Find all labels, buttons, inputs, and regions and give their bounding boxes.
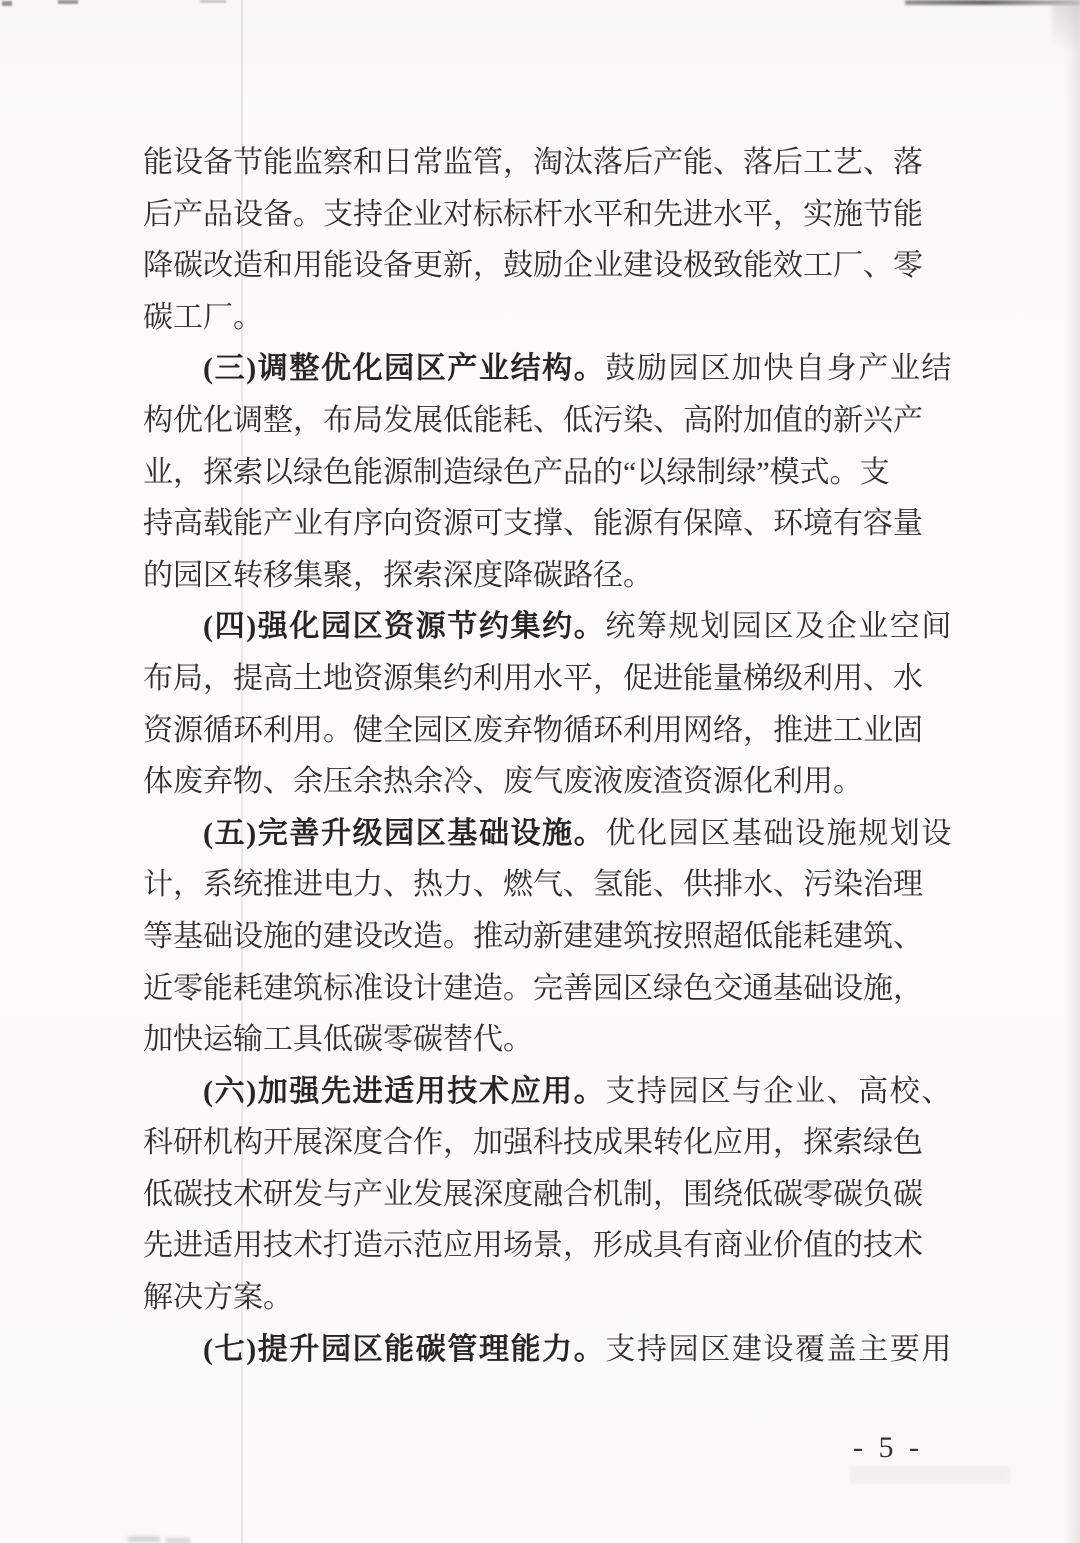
line-text: 支持园区建设覆盖主要用	[605, 1333, 953, 1366]
line-text: 计，系统推进电力、热力、燃气、氢能、供排水、污染治理	[143, 868, 923, 901]
paragraph-start-line: (五)完善升级园区基础设施。优化园区基础设施规划设	[143, 808, 925, 860]
paragraph-heading: (四)强化园区资源节约集约。	[203, 610, 605, 643]
line-text: 降碳改造和用能设备更新，鼓励企业建设极致能效工厂、零	[143, 249, 923, 282]
line-text: 后产品设备。支持企业对标标杆水平和先进水平，实施节能	[143, 198, 923, 231]
text-line: 布局，提高土地资源集约利用水平，促进能量梯级利用、水	[143, 653, 925, 705]
text-line: 资源循环利用。健全园区废弃物循环利用网络，推进工业固	[143, 705, 925, 757]
paragraph-start-line: (六)加强先进适用技术应用。支持园区与企业、高校、	[143, 1066, 925, 1118]
paragraph-start-line: (七)提升园区能碳管理能力。支持园区建设覆盖主要用	[143, 1324, 925, 1376]
line-text: 能设备节能监察和日常监管，淘汰落后产能、落后工艺、落	[143, 146, 923, 179]
scan-speck	[200, 0, 226, 3]
text-line: 体废弃物、余压余热余冷、废气废液废渣资源化利用。	[143, 756, 925, 808]
line-text: 低碳技术研发与产业发展深度融合机制，围绕低碳零碳负碳	[143, 1178, 923, 1211]
line-text: 资源循环利用。健全园区废弃物循环利用网络，推进工业固	[143, 714, 923, 747]
line-text: 支持园区与企业、高校、	[605, 1075, 953, 1108]
text-line: 能设备节能监察和日常监管，淘汰落后产能、落后工艺、落	[143, 137, 925, 189]
line-text: 加快运输工具低碳零碳替代。	[143, 1023, 533, 1056]
line-text: 碳工厂。	[143, 301, 263, 334]
paragraph-heading: (五)完善升级园区基础设施。	[203, 817, 605, 850]
text-line: 碳工厂。	[143, 292, 925, 344]
text-line: 加快运输工具低碳零碳替代。	[143, 1014, 925, 1066]
text-line: 解决方案。	[143, 1272, 925, 1324]
scan-speck	[58, 0, 78, 4]
text-line: 计，系统推进电力、热力、燃气、氢能、供排水、污染治理	[143, 859, 925, 911]
line-text: 近零能耗建筑标准设计建造。完善园区绿色交通基础设施，	[143, 972, 923, 1005]
text-line: 科研机构开展深度合作，加强科技成果转化应用，探索绿色	[143, 1117, 925, 1169]
text-line: 近零能耗建筑标准设计建造。完善园区绿色交通基础设施，	[143, 963, 925, 1015]
paragraph-heading: (七)提升园区能碳管理能力。	[203, 1333, 605, 1366]
line-text: 布局，提高土地资源集约利用水平，促进能量梯级利用、水	[143, 662, 923, 695]
text-line: 低碳技术研发与产业发展深度融合机制，围绕低碳零碳负碳	[143, 1169, 925, 1221]
line-text: 统筹规划园区及企业空间	[605, 610, 953, 643]
page-number: - 5 -	[853, 1431, 923, 1465]
scan-smear	[166, 1538, 190, 1543]
text-line: 持高载能产业有序向资源可支撑、能源有保障、环境有容量	[143, 498, 925, 550]
text-line: 后产品设备。支持企业对标标杆水平和先进水平，实施节能	[143, 189, 925, 241]
text-line: 降碳改造和用能设备更新，鼓励企业建设极致能效工厂、零	[143, 240, 925, 292]
scan-smear	[128, 1536, 160, 1542]
scan-speck	[2, 1, 12, 6]
line-text: 等基础设施的建设改造。推动新建建筑按照超低能耗建筑、	[143, 920, 923, 953]
line-text: 科研机构开展深度合作，加强科技成果转化应用，探索绿色	[143, 1126, 923, 1159]
scan-right-edge-streak	[1064, 0, 1080, 1543]
paragraph-heading: (三)调整优化园区产业结构。	[203, 352, 605, 385]
text-line: 构优化调整，布局发展低能耗、低污染、高附加值的新兴产	[143, 395, 925, 447]
line-text: 先进适用技术打造示范应用场景，形成具有商业价值的技术	[143, 1229, 923, 1262]
line-text: 优化园区基础设施规划设	[605, 817, 953, 850]
line-text: 构优化调整，布局发展低能耗、低污染、高附加值的新兴产	[143, 404, 923, 437]
text-line: 先进适用技术打造示范应用场景，形成具有商业价值的技术	[143, 1220, 925, 1272]
paragraph-start-line: (三)调整优化园区产业结构。鼓励园区加快自身产业结	[143, 343, 925, 395]
line-text: 鼓励园区加快自身产业结	[605, 352, 953, 385]
text-block: 能设备节能监察和日常监管，淘汰落后产能、落后工艺、落 后产品设备。支持企业对标标…	[143, 137, 925, 1375]
scan-smear	[850, 1466, 1010, 1484]
line-text: 解决方案。	[143, 1281, 293, 1314]
paragraph-heading: (六)加强先进适用技术应用。	[203, 1075, 605, 1108]
text-line: 业，探索以绿色能源制造绿色产品的“以绿制绿”模式。支	[143, 447, 925, 499]
text-line: 等基础设施的建设改造。推动新建建筑按照超低能耗建筑、	[143, 911, 925, 963]
line-text: 持高载能产业有序向资源可支撑、能源有保障、环境有容量	[143, 507, 923, 540]
line-text: 的园区转移集聚，探索深度降碳路径。	[143, 559, 653, 592]
line-text: 业，探索以绿色能源制造绿色产品的“以绿制绿”模式。支	[143, 456, 890, 489]
text-line: 的园区转移集聚，探索深度降碳路径。	[143, 550, 925, 602]
paragraph-start-line: (四)强化园区资源节约集约。统筹规划园区及企业空间	[143, 601, 925, 653]
document-page: 能设备节能监察和日常监管，淘汰落后产能、落后工艺、落 后产品设备。支持企业对标标…	[0, 0, 1080, 1543]
line-text: 体废弃物、余压余热余冷、废气废液废渣资源化利用。	[143, 765, 863, 798]
